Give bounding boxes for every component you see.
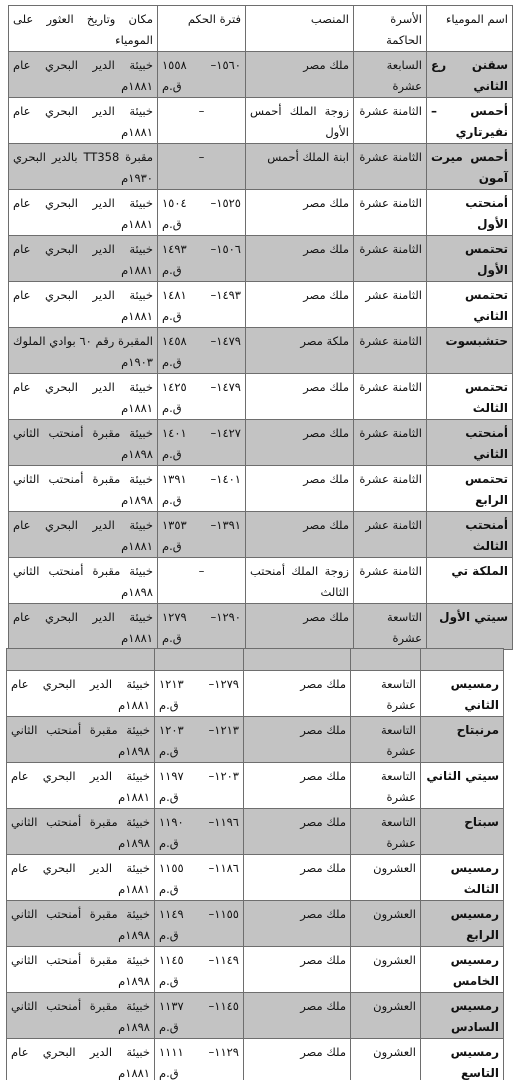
mummy-name: أمنحتب الثالث xyxy=(427,512,513,558)
table-row: تحتمس الثالث الثامنة عشرة ملك مصر ١٤٧٩– … xyxy=(9,374,513,420)
table-row: رمسيس السادس العشرون ملك مصر ١١٤٥– ١١٣٧ … xyxy=(7,993,504,1039)
reign-start: ١٢٩٠– xyxy=(211,607,241,628)
position: ملك مصر xyxy=(246,190,354,236)
dynasty: الثامنة عشر xyxy=(354,512,427,558)
reign-unit: ق.م xyxy=(159,879,239,900)
reign-period: ١٣٩١– ١٣٥٣ ق.م xyxy=(158,512,246,558)
dynasty: الثامنة عشرة xyxy=(354,420,427,466)
dynasty: العشرون xyxy=(351,947,421,993)
dynasty: العشرون xyxy=(351,901,421,947)
position: زوجة الملك أمنحتب الثالث xyxy=(246,558,354,604)
header-dynasty: الأسرة الحاكمة xyxy=(354,6,427,52)
table-row: أمنحتب الثالث الثامنة عشر ملك مصر ١٣٩١– … xyxy=(9,512,513,558)
reign-range: ١١٤٩– ١١٤٥ xyxy=(159,950,239,971)
reign-range: ١٤٧٩– ١٤٢٥ xyxy=(162,377,241,398)
table-row: رمسيس الخامس العشرون ملك مصر ١١٤٩– ١١٤٥ … xyxy=(7,947,504,993)
reign-period: ١٤٧٩– ١٤٥٨ ق.م xyxy=(158,328,246,374)
reign-start: ١٤٠١– xyxy=(211,469,241,490)
reign-start: ١٢٧٩– xyxy=(209,674,239,695)
dynasty: السابعة عشرة xyxy=(354,52,427,98)
dynasty: التاسعة عشرة xyxy=(351,809,421,855)
reign-end: ١٥٠٤ xyxy=(162,193,187,214)
discovery-location: مقبرة TT358 بالدير البحري ١٩٣٠م xyxy=(9,144,158,190)
mummy-name: تحتمس الثاني xyxy=(427,282,513,328)
reign-period: ١٤٠١– ١٣٩١ ق.م xyxy=(158,466,246,512)
table-row: أمنحتب الأول الثامنة عشرة ملك مصر ١٥٢٥– … xyxy=(9,190,513,236)
discovery-location: خبيئة مقبرة أمنحتب الثاني ١٨٩٨م xyxy=(9,466,158,512)
table-row: سيتي الأول التاسعة عشرة ملك مصر ١٢٩٠– ١٢… xyxy=(9,604,513,650)
position: ملك مصر xyxy=(246,52,354,98)
reign-start: ١١٨٦– xyxy=(209,858,239,879)
reign-unit: ق.م xyxy=(162,490,241,511)
reign-range: ١٢١٣– ١٢٠٣ xyxy=(159,720,239,741)
reign-period: ١١٤٩– ١١٤٥ ق.م xyxy=(155,947,244,993)
reign-period: – xyxy=(158,558,246,604)
reign-range: ١١٢٩– ١١١١ xyxy=(159,1042,239,1063)
position: ملك مصر xyxy=(244,763,351,809)
reign-start: ١١٢٩– xyxy=(209,1042,239,1063)
reign-end: ١١٥٥ xyxy=(159,858,184,879)
reign-start: ١٢٠٣– xyxy=(209,766,239,787)
reign-unit: ق.م xyxy=(159,1017,239,1038)
reign-end: ١٤٨١ xyxy=(162,285,187,306)
discovery-location: خبيئة الدير البحري عام ١٨٨١م xyxy=(9,52,158,98)
reign-end: ١٢٠٣ xyxy=(159,720,184,741)
empty-cell xyxy=(7,649,155,671)
reign-period: ١٢٠٣– ١١٩٧ ق.م xyxy=(155,763,244,809)
reign-range: ١٢٧٩– ١٢١٣ xyxy=(159,674,239,695)
mummy-name: تحتمس الرابع xyxy=(427,466,513,512)
dynasty: الثامنة عشرة xyxy=(354,144,427,190)
discovery-location: خبيئة مقبرة أمنحتب الثاني ١٨٩٨م xyxy=(7,947,155,993)
dynasty: التاسعة عشرة xyxy=(351,717,421,763)
mummy-name: أحمس ميرت آمون xyxy=(427,144,513,190)
header-period: فترة الحكم xyxy=(158,6,246,52)
reign-start: ١٥٢٥– xyxy=(211,193,241,214)
reign-end: ١٤٢٥ xyxy=(162,377,187,398)
table-row: رمسيس الرابع العشرون ملك مصر ١١٥٥– ١١٤٩ … xyxy=(7,901,504,947)
mummy-name: رمسيس التاسع xyxy=(421,1039,504,1080)
reign-unit: ق.م xyxy=(162,398,241,419)
reign-unit: ق.م xyxy=(159,695,239,716)
table-row: رمسيس الثاني التاسعة عشرة ملك مصر ١٢٧٩– … xyxy=(7,671,504,717)
discovery-location: خبيئة مقبرة أمنحتب الثاني ١٨٩٨م xyxy=(7,901,155,947)
reign-range: ١١٥٥– ١١٤٩ xyxy=(159,904,239,925)
reign-start: ١٤٧٩– xyxy=(211,377,241,398)
position: ملكة مصر xyxy=(246,328,354,374)
mummy-name: رمسيس السادس xyxy=(421,993,504,1039)
empty-header-row xyxy=(7,649,504,671)
reign-start: ١٤٢٧– xyxy=(211,423,241,444)
reign-end: ١٢١٣ xyxy=(159,674,184,695)
table-row: رمسيس التاسع العشرون ملك مصر ١١٢٩– ١١١١ … xyxy=(7,1039,504,1080)
table-row: أحمس ميرت آمون الثامنة عشرة ابنة الملك أ… xyxy=(9,144,513,190)
mummy-name: سقنن رع الثاني xyxy=(427,52,513,98)
position: ملك مصر xyxy=(246,374,354,420)
dynasty: العشرون xyxy=(351,993,421,1039)
reign-unit: ق.م xyxy=(162,306,241,327)
mummy-name: أحمس – نفيرتاري xyxy=(427,98,513,144)
reign-end: ١١٤٥ xyxy=(159,950,184,971)
position: ابنة الملك أحمس xyxy=(246,144,354,190)
mummy-name: الملكة تي xyxy=(427,558,513,604)
dynasty: الثامنة عشرة xyxy=(354,558,427,604)
mummy-name: حتشبسوت xyxy=(427,328,513,374)
discovery-location: خبيئة الدير البحري عام ١٨٨١م xyxy=(9,98,158,144)
reign-range: ١١٤٥– ١١٣٧ xyxy=(159,996,239,1017)
reign-period: ١٤٢٧– ١٤٠١ ق.م xyxy=(158,420,246,466)
discovery-location: خبيئة مقبرة أمنحتب الثاني ١٨٩٨م xyxy=(7,993,155,1039)
reign-period: ١١٥٥– ١١٤٩ ق.م xyxy=(155,901,244,947)
reign-range: ١١٨٦– ١١٥٥ xyxy=(159,858,239,879)
table-row: رمسيس الثالث العشرون ملك مصر ١١٨٦– ١١٥٥ … xyxy=(7,855,504,901)
reign-range: ١٥٦٠– ١٥٥٨ xyxy=(162,55,241,76)
reign-period: ١٢٩٠– ١٢٧٩ ق.م xyxy=(158,604,246,650)
reign-unit: ق.م xyxy=(162,352,241,373)
reign-unit: ق.م xyxy=(162,444,241,465)
table-row: سقنن رع الثاني السابعة عشرة ملك مصر ١٥٦٠… xyxy=(9,52,513,98)
mummy-name: تحتمس الثالث xyxy=(427,374,513,420)
position: ملك مصر xyxy=(244,1039,351,1080)
reign-end: ١١٩٧ xyxy=(159,766,184,787)
mummy-name: رمسيس الثالث xyxy=(421,855,504,901)
reign-unit: ق.م xyxy=(162,628,241,649)
position: ملك مصر xyxy=(244,809,351,855)
reign-period: ١٥٢٥– ١٥٠٤ ق.م xyxy=(158,190,246,236)
empty-cell xyxy=(351,649,421,671)
table-row: مرنبتاح التاسعة عشرة ملك مصر ١٢١٣– ١٢٠٣ … xyxy=(7,717,504,763)
reign-unit: ق.م xyxy=(162,76,241,97)
position: ملك مصر xyxy=(246,236,354,282)
header-position: المنصب xyxy=(246,6,354,52)
reign-start: ١١٥٥– xyxy=(209,904,239,925)
dynasty: الثامنة عشرة xyxy=(354,328,427,374)
position: ملك مصر xyxy=(244,901,351,947)
reign-unit: ق.م xyxy=(159,971,239,992)
reign-start: ١٥٦٠– xyxy=(211,55,241,76)
reign-end: ١١١١ xyxy=(159,1042,184,1063)
reign-end: ١٢٧٩ xyxy=(162,607,187,628)
dynasty: الثامنة عشر xyxy=(354,282,427,328)
reign-start: ١١٩٦– xyxy=(209,812,239,833)
discovery-location: خبيئة الدير البحري عام ١٨٨١م xyxy=(9,236,158,282)
dynasty: العشرون xyxy=(351,1039,421,1080)
dynasty: الثامنة عشرة xyxy=(354,236,427,282)
reign-unit: ق.م xyxy=(162,214,241,235)
reign-start: ١١٤٩– xyxy=(209,950,239,971)
discovery-location: خبيئة الدير البحري عام ١٨٨١م xyxy=(9,512,158,558)
discovery-location: خبيئة الدير البحري عام ١٨٨١م xyxy=(9,282,158,328)
table-row: الملكة تي الثامنة عشرة زوجة الملك أمنحتب… xyxy=(9,558,513,604)
discovery-location: خبيئة الدير البحري عام ١٨٨١م xyxy=(7,763,155,809)
dynasty: التاسعة عشرة xyxy=(351,763,421,809)
dynasty: الثامنة عشرة xyxy=(354,374,427,420)
reign-range: ١٢٠٣– ١١٩٧ xyxy=(159,766,239,787)
position: ملك مصر xyxy=(246,420,354,466)
reign-start: ١٤٩٣– xyxy=(211,285,241,306)
header-name: اسم المومياء xyxy=(427,6,513,52)
reign-period: ١٥٦٠– ١٥٥٨ ق.م xyxy=(158,52,246,98)
reign-period: ١١٩٦– ١١٩٠ ق.م xyxy=(155,809,244,855)
position: ملك مصر xyxy=(244,993,351,1039)
table-row: حتشبسوت الثامنة عشرة ملكة مصر ١٤٧٩– ١٤٥٨… xyxy=(9,328,513,374)
discovery-location: خبيئة الدير البحري عام ١٨٨١م xyxy=(9,604,158,650)
reign-end: ١١٣٧ xyxy=(159,996,184,1017)
dynasty: الثامنة عشرة xyxy=(354,98,427,144)
reign-unit: ق.م xyxy=(159,741,239,762)
table-row: أمنحتب الثاني الثامنة عشرة ملك مصر ١٤٢٧–… xyxy=(9,420,513,466)
reign-period: ١٤٩٣– ١٤٨١ ق.م xyxy=(158,282,246,328)
discovery-location: خبيئة الدير البحري عام ١٨٨١م xyxy=(9,374,158,420)
reign-period: ١٥٠٦– ١٤٩٣ ق.م xyxy=(158,236,246,282)
mummy-name: أمنحتب الأول xyxy=(427,190,513,236)
discovery-location: خبيئة مقبرة أمنحتب الثاني ١٨٩٨م xyxy=(9,558,158,604)
dynasty: الثامنة عشرة xyxy=(354,190,427,236)
mummy-name: سيتي الثاني xyxy=(421,763,504,809)
discovery-location: خبيئة مقبرة أمنحتب الثاني ١٨٩٨م xyxy=(9,420,158,466)
reign-range: ١٥٠٦– ١٤٩٣ xyxy=(162,239,241,260)
reign-range: ١٤٠١– ١٣٩١ xyxy=(162,469,241,490)
dynasty: الثامنة عشرة xyxy=(354,466,427,512)
reign-end: ١٤٩٣ xyxy=(162,239,187,260)
table-header-row: اسم المومياء الأسرة الحاكمة المنصب فترة … xyxy=(9,6,513,52)
position: ملك مصر xyxy=(246,282,354,328)
reign-period: – xyxy=(158,98,246,144)
mummy-name: رمسيس الرابع xyxy=(421,901,504,947)
discovery-location: خبيئة الدير البحري عام ١٨٨١م xyxy=(7,671,155,717)
position: ملك مصر xyxy=(244,717,351,763)
empty-cell xyxy=(244,649,351,671)
reign-start: ١٢١٣– xyxy=(209,720,239,741)
reign-period: – xyxy=(158,144,246,190)
dynasty: التاسعة عشرة xyxy=(351,671,421,717)
reign-end: ١٣٩١ xyxy=(162,469,187,490)
position: ملك مصر xyxy=(244,855,351,901)
mummy-name: مرنبتاح xyxy=(421,717,504,763)
reign-range: ١٤٩٣– ١٤٨١ xyxy=(162,285,241,306)
position: ملك مصر xyxy=(246,604,354,650)
mummies-table-part-1: اسم المومياء الأسرة الحاكمة المنصب فترة … xyxy=(8,5,513,650)
dynasty: التاسعة عشرة xyxy=(354,604,427,650)
reign-range: ١٤٧٩– ١٤٥٨ xyxy=(162,331,241,352)
reign-range: ١١٩٦– ١١٩٠ xyxy=(159,812,239,833)
header-location: مكان وتاريخ العثور على المومياء xyxy=(9,6,158,52)
mummy-name: رمسيس الثاني xyxy=(421,671,504,717)
reign-range: ١٣٩١– ١٣٥٣ xyxy=(162,515,241,536)
table-row: سبتاح التاسعة عشرة ملك مصر ١١٩٦– ١١٩٠ ق.… xyxy=(7,809,504,855)
position: ملك مصر xyxy=(246,512,354,558)
mummy-name: سبتاح xyxy=(421,809,504,855)
discovery-location: خبيئة مقبرة أمنحتب الثاني ١٨٩٨م xyxy=(7,717,155,763)
mummy-name: أمنحتب الثاني xyxy=(427,420,513,466)
position: ملك مصر xyxy=(244,671,351,717)
discovery-location: خبيئة مقبرة أمنحتب الثاني ١٨٩٨م xyxy=(7,809,155,855)
reign-period: ١١٢٩– ١١١١ ق.م xyxy=(155,1039,244,1080)
reign-unit: ق.م xyxy=(159,787,239,808)
reign-unit: ق.م xyxy=(162,260,241,281)
reign-range: ١٢٩٠– ١٢٧٩ xyxy=(162,607,241,628)
table-row: سيتي الثاني التاسعة عشرة ملك مصر ١٢٠٣– ١… xyxy=(7,763,504,809)
empty-cell xyxy=(421,649,504,671)
discovery-location: خبيئة الدير البحري عام ١٨٨١م xyxy=(9,190,158,236)
reign-start: ١٣٩١– xyxy=(211,515,241,536)
reign-end: ١٥٥٨ xyxy=(162,55,187,76)
discovery-location: خبيئة الدير البحري عام ١٨٨١م xyxy=(7,855,155,901)
reign-end: ١٣٥٣ xyxy=(162,515,187,536)
reign-start: ١٤٧٩– xyxy=(211,331,241,352)
reign-start: ١٥٠٦– xyxy=(211,239,241,260)
discovery-location: خبيئة الدير البحري عام ١٨٨١م xyxy=(7,1039,155,1080)
reign-range: ١٤٢٧– ١٤٠١ xyxy=(162,423,241,444)
reign-period: ١٢١٣– ١٢٠٣ ق.م xyxy=(155,717,244,763)
reign-period: ١٤٧٩– ١٤٢٥ ق.م xyxy=(158,374,246,420)
mummy-name: سيتي الأول xyxy=(427,604,513,650)
table-row: تحتمس الأول الثامنة عشرة ملك مصر ١٥٠٦– ١… xyxy=(9,236,513,282)
position: زوجة الملك أحمس الأول xyxy=(246,98,354,144)
reign-end: ١٤٥٨ xyxy=(162,331,187,352)
mummy-name: تحتمس الأول xyxy=(427,236,513,282)
table-row: تحتمس الثاني الثامنة عشر ملك مصر ١٤٩٣– ١… xyxy=(9,282,513,328)
table-row: أحمس – نفيرتاري الثامنة عشرة زوجة الملك … xyxy=(9,98,513,144)
reign-end: ١٤٠١ xyxy=(162,423,187,444)
mummy-name: رمسيس الخامس xyxy=(421,947,504,993)
reign-unit: ق.م xyxy=(159,925,239,946)
reign-unit: ق.م xyxy=(159,833,239,854)
reign-period: ١١٨٦– ١١٥٥ ق.م xyxy=(155,855,244,901)
reign-unit: ق.م xyxy=(162,536,241,557)
reign-start: ١١٤٥– xyxy=(209,996,239,1017)
table-row: تحتمس الرابع الثامنة عشرة ملك مصر ١٤٠١– … xyxy=(9,466,513,512)
mummies-table-part-2: رمسيس الثاني التاسعة عشرة ملك مصر ١٢٧٩– … xyxy=(6,648,504,1080)
position: ملك مصر xyxy=(244,947,351,993)
empty-cell xyxy=(155,649,244,671)
reign-period: ١١٤٥– ١١٣٧ ق.م xyxy=(155,993,244,1039)
position: ملك مصر xyxy=(246,466,354,512)
discovery-location: المقبرة رقم ٦٠ بوادي الملوك ١٩٠٣م xyxy=(9,328,158,374)
reign-end: ١١٤٩ xyxy=(159,904,184,925)
reign-end: ١١٩٠ xyxy=(159,812,184,833)
reign-range: ١٥٢٥– ١٥٠٤ xyxy=(162,193,241,214)
reign-unit: ق.م xyxy=(159,1063,239,1080)
reign-period: ١٢٧٩– ١٢١٣ ق.م xyxy=(155,671,244,717)
dynasty: العشرون xyxy=(351,855,421,901)
